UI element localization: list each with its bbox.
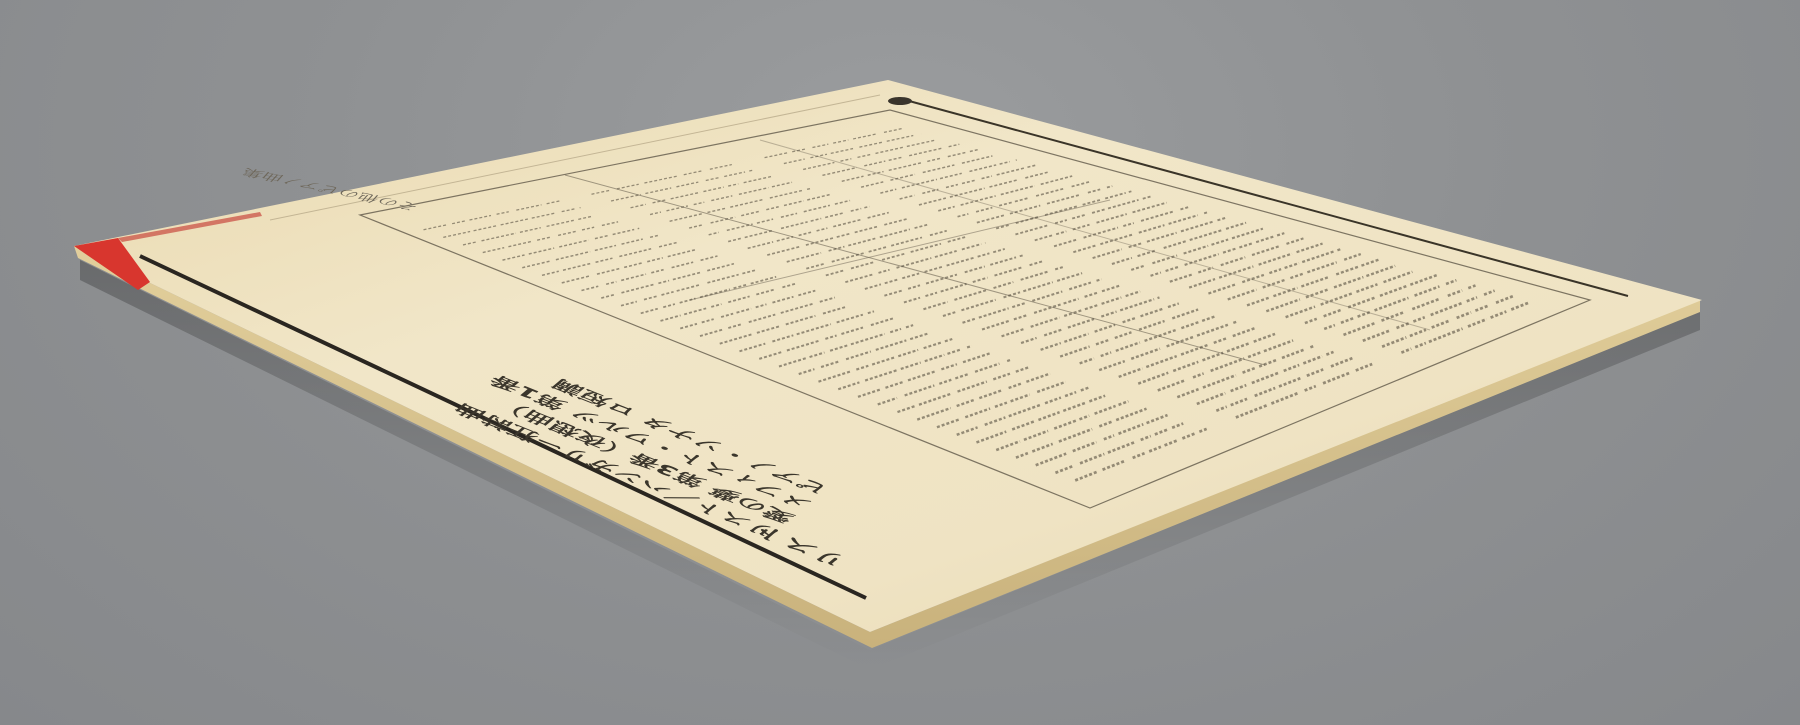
record-sleeve-photo: リスト リスト／ハンガリー狂詩曲 愛の夢 第3番（夜想曲） メフィスト・ワルツ …: [0, 0, 1800, 725]
logo-mark: [888, 97, 912, 105]
photo-scene: リスト リスト／ハンガリー狂詩曲 愛の夢 第3番（夜想曲） メフィスト・ワルツ …: [0, 0, 1800, 725]
sleeve-face: [74, 80, 1702, 632]
